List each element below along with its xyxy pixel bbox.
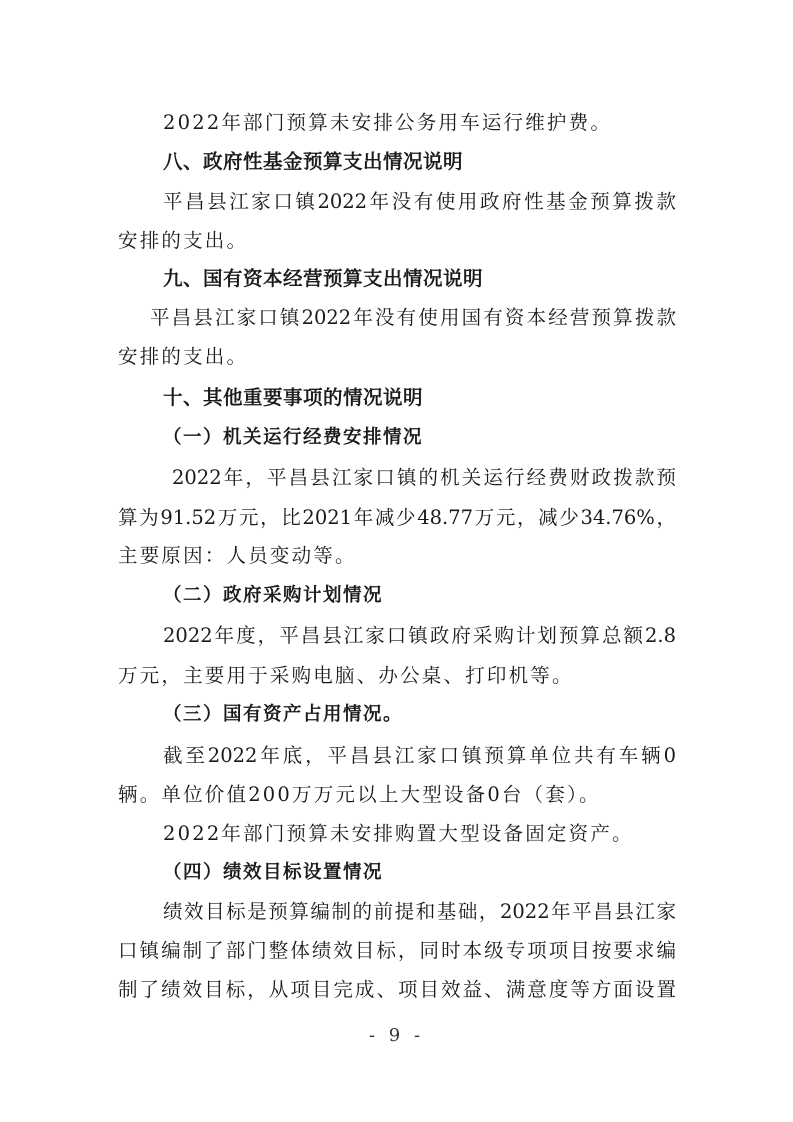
paragraph-gov-fund-line1: 平昌县江家口镇2022年没有使用政府性基金预算拨款 <box>163 187 676 217</box>
heading-section-10: 十、其他重要事项的情况说明 <box>163 383 676 413</box>
heading-section-9: 九、国有资本经营预算支出情况说明 <box>163 264 676 294</box>
paragraph-performance-goals-line1: 绩效目标是预算编制的前提和基础，2022年平昌县江家 <box>163 897 676 927</box>
paragraph-procurement-line1: 2022年度，平昌县江家口镇政府采购计划预算总额2.8 <box>163 621 676 651</box>
paragraph-vehicle-maintenance: 2022年部门预算未安排公务用车运行维护费。 <box>163 108 676 138</box>
page-number: - 9 - <box>0 1023 793 1049</box>
paragraph-state-assets-line2: 辆。单位价值200万万元以上大型设备0台（套）。 <box>118 780 676 810</box>
subheading-2-procurement: （二）政府采购计划情况 <box>163 581 676 611</box>
subheading-4-performance-goals: （四）绩效目标设置情况 <box>163 858 676 888</box>
paragraph-procurement-line2: 万元，主要用于采购电脑、办公桌、打印机等。 <box>118 661 676 691</box>
paragraph-performance-goals-line3: 制了绩效目标，从项目完成、项目效益、满意度等方面设置 <box>118 975 676 1005</box>
heading-section-8: 八、政府性基金预算支出情况说明 <box>163 147 676 177</box>
paragraph-state-capital-line1: 平昌县江家口镇2022年没有使用国有资本经营预算拨款 <box>150 303 676 333</box>
subheading-1-operating-expenses: （一）机关运行经费安排情况 <box>163 423 676 453</box>
paragraph-operating-expenses-line1: 2022年，平昌县江家口镇的机关运行经费财政拨款预 <box>172 463 676 493</box>
paragraph-operating-expenses-line3: 主要原因：人员变动等。 <box>118 541 676 571</box>
paragraph-gov-fund-line2: 安排的支出。 <box>118 226 676 256</box>
paragraph-state-capital-line2: 安排的支出。 <box>118 342 676 372</box>
subheading-3-state-assets: （三）国有资产占用情况。 <box>163 700 676 730</box>
paragraph-large-equipment: 2022年部门预算未安排购置大型设备固定资产。 <box>163 819 676 849</box>
paragraph-state-assets-line1: 截至2022年底，平昌县江家口镇预算单位共有车辆0 <box>163 741 676 771</box>
paragraph-operating-expenses-line2: 算为91.52万元，比2021年减少48.77万元，减少34.76%， <box>118 503 676 533</box>
paragraph-performance-goals-line2: 口镇编制了部门整体绩效目标，同时本级专项项目按要求编 <box>118 936 676 966</box>
